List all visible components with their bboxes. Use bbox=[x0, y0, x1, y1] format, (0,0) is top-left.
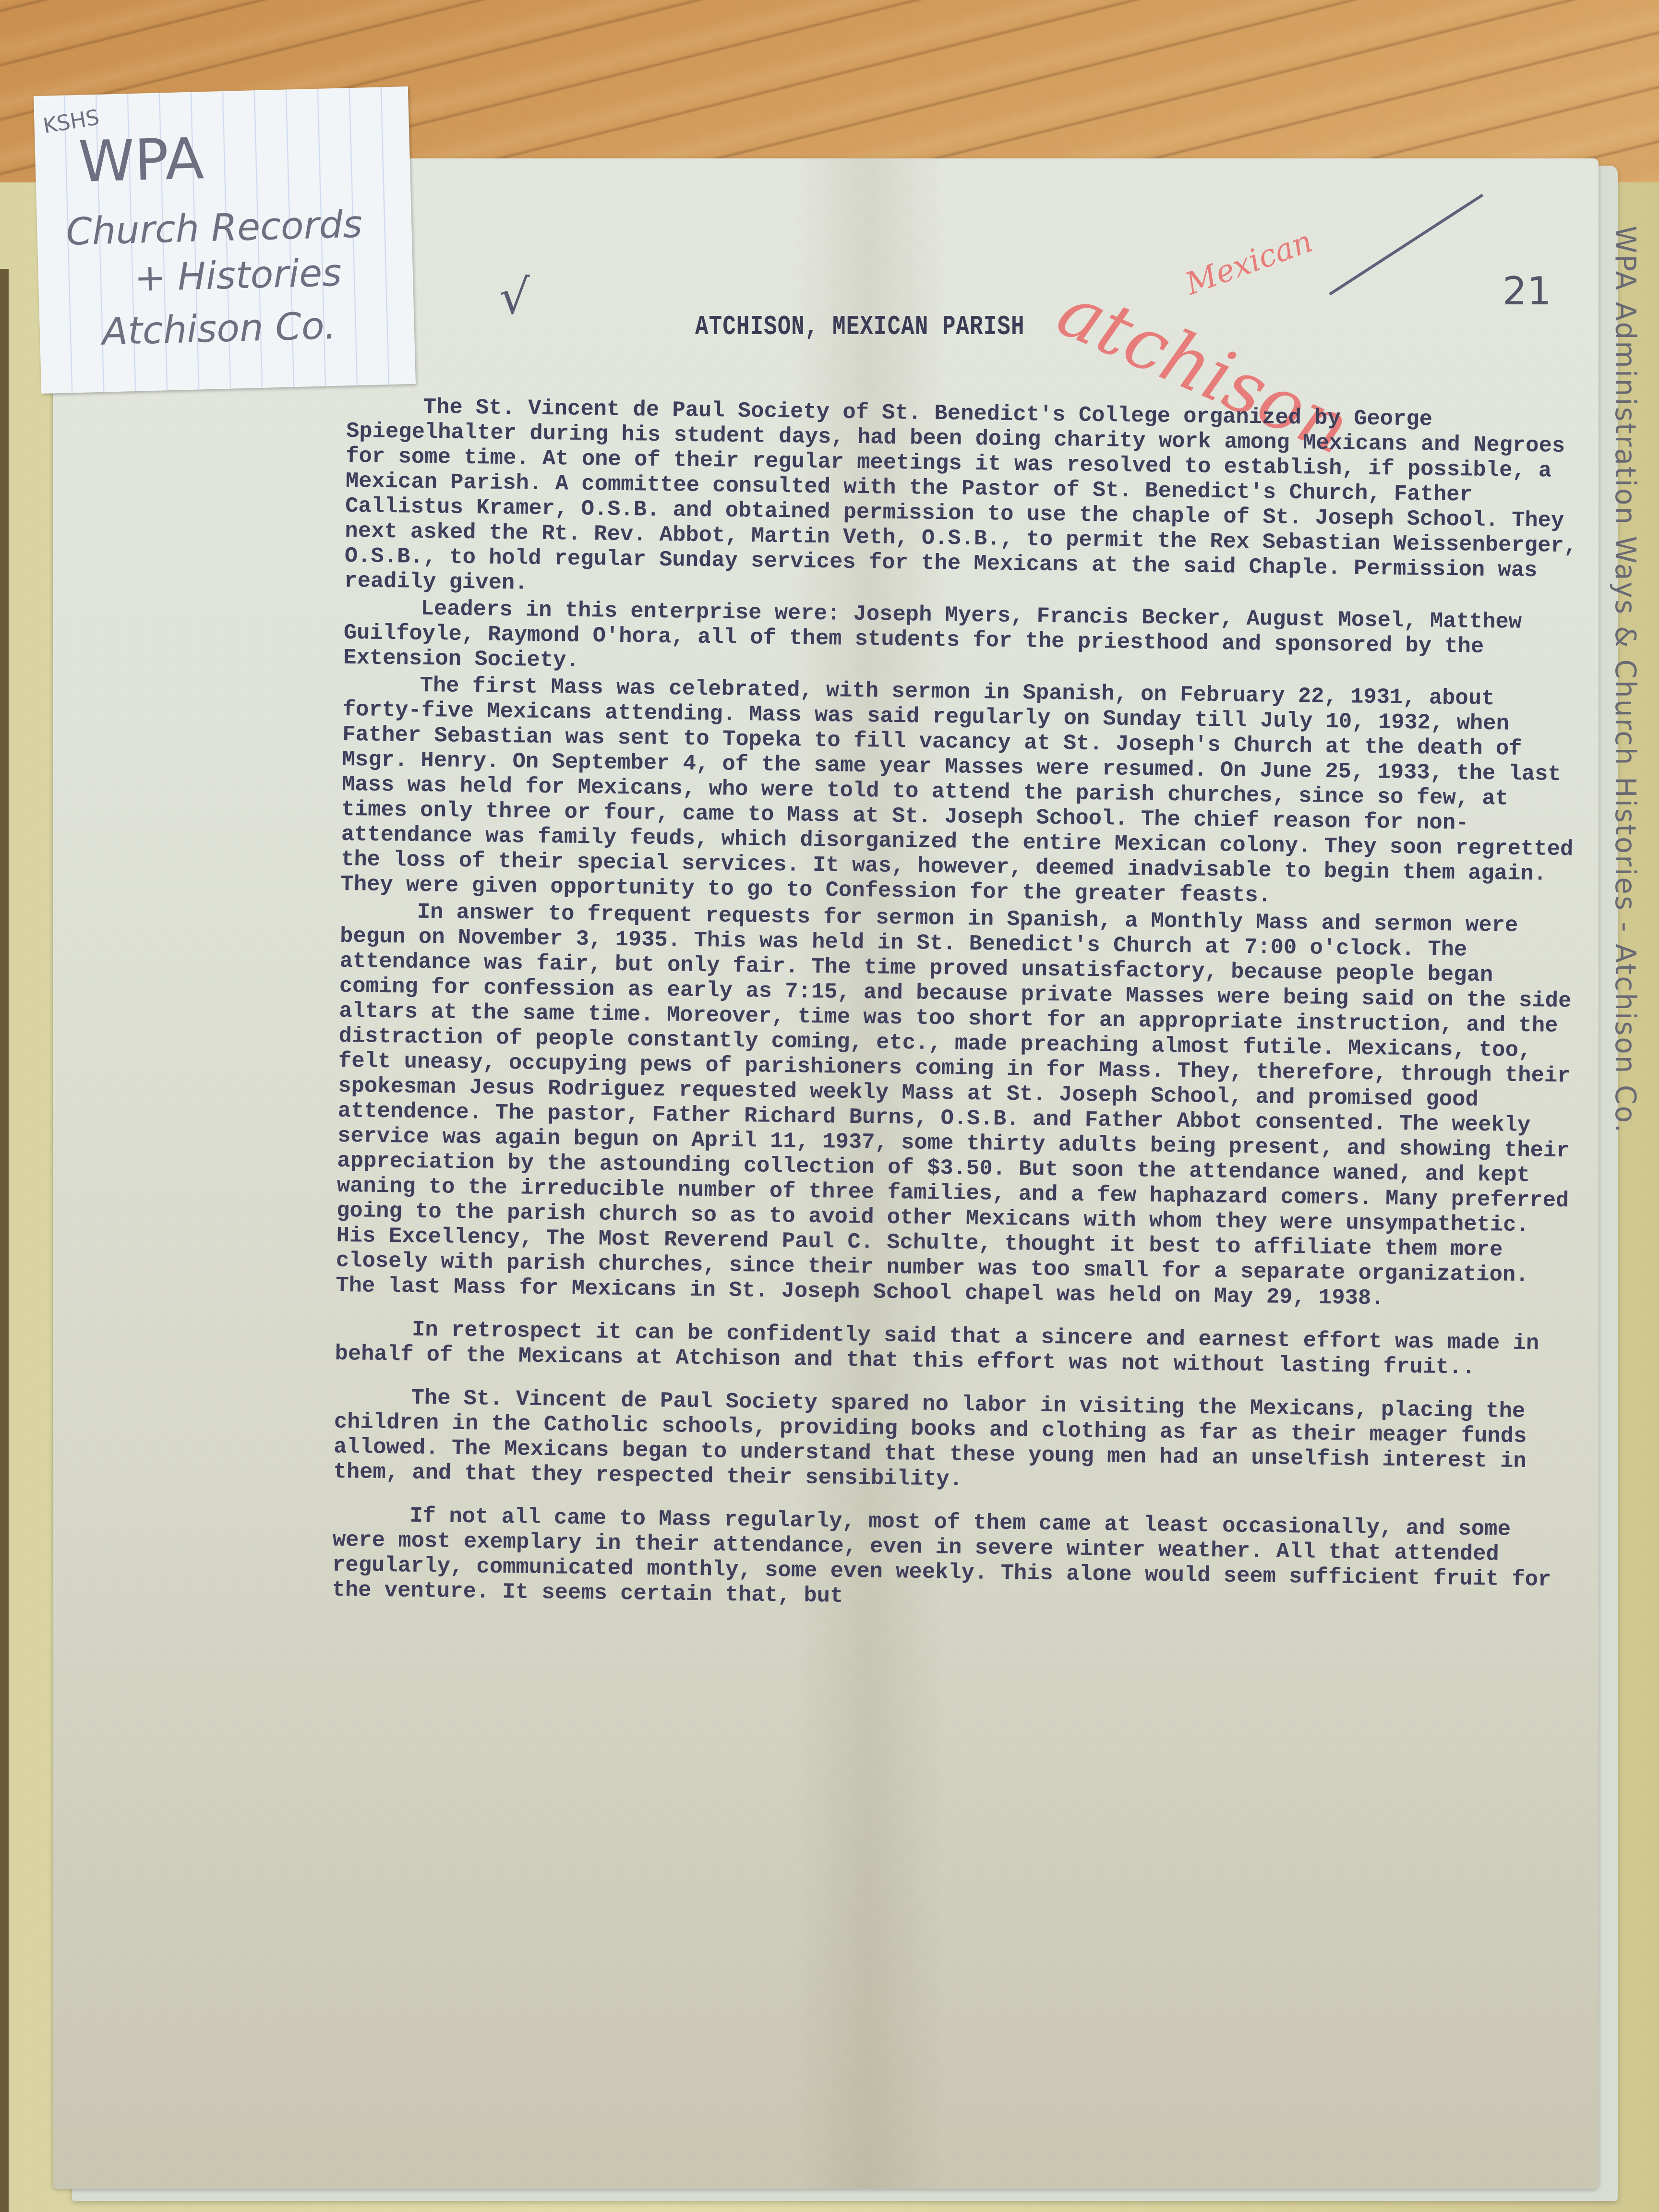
page-number: 21 bbox=[1503, 269, 1551, 313]
document-body: The St. Vincent de Paul Society of St. B… bbox=[332, 394, 1585, 1619]
folder-tab-handwriting: WPA Administration Ways & Church Histori… bbox=[1609, 226, 1642, 1134]
document-title: ATCHISON, MEXICAN PARISH bbox=[695, 311, 1025, 342]
card-line-histories: + Histories bbox=[134, 252, 342, 300]
paragraph: In retrospect it can be confidently said… bbox=[335, 1316, 1574, 1382]
paragraph: The St. Vincent de Paul Society of St. B… bbox=[344, 394, 1585, 608]
index-card-label: KSHS WPA Church Records + Histories Atch… bbox=[34, 86, 416, 394]
card-line-church-records: Church Records bbox=[65, 203, 363, 253]
paragraph: If not all came to Mass regularly, most … bbox=[332, 1503, 1571, 1618]
paragraph: Leaders in this enterprise were: Joseph … bbox=[343, 595, 1583, 685]
card-line-wpa: WPA bbox=[78, 125, 205, 195]
checkmark-icon: √ bbox=[499, 269, 530, 325]
folder-left-edge bbox=[0, 269, 12, 2212]
paragraph: In answer to frequent requests for sermo… bbox=[336, 899, 1579, 1313]
paragraph: The first Mass was celebrated, with serm… bbox=[340, 672, 1582, 912]
card-line-atchison-co: Atchison Co. bbox=[102, 304, 337, 354]
paragraph: The St. Vincent de Paul Society spared n… bbox=[333, 1384, 1573, 1500]
